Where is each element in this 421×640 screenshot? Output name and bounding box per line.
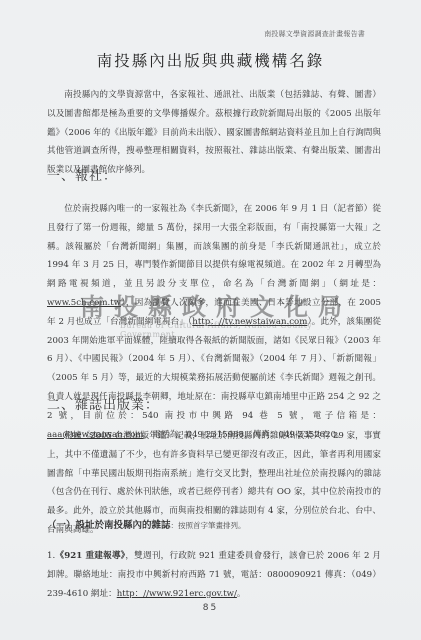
document-page: 南投縣文學資源調查計畫報告書 南投縣內出版與典藏機構名錄 南投縣內的文學資源當中… — [0, 0, 421, 640]
entry-number: 1. — [47, 551, 55, 561]
tv-website-link[interactable]: http：//tv.newstaiwan.com — [192, 317, 307, 327]
entry-name: 《921 重建報導》 — [55, 551, 125, 561]
text-run: 位於南投縣內唯一的一家報社為《李氏新聞》，在 2006 年 9 月 1 日（記者… — [47, 204, 381, 289]
entry-end: 。 — [237, 589, 246, 599]
page-title: 南投縣內出版與典藏機構名錄 — [0, 49, 421, 71]
section-heading-newspapers: 一、報社： — [47, 165, 117, 184]
section-heading-magazines: 二、雜誌出版業： — [47, 394, 159, 413]
magazine-entry: 1.《921 重建報導》，雙週刊，行政院 921 重建委員會發行，該會已於 20… — [47, 547, 381, 603]
running-header: 南投縣文學資源調查計畫報告書 — [264, 29, 365, 39]
page-number: 85 — [0, 603, 421, 613]
website-link[interactable]: www.5ch.com.tw — [47, 298, 121, 308]
entry-url-link[interactable]: http：//www.921erc.gov.tw/ — [117, 589, 237, 599]
subsection-heading: （一）設址於南投縣內的雜誌：按照首字筆畫排列。 — [47, 517, 381, 535]
subsection-label: （一）設址於南投縣內的雜誌 — [47, 520, 171, 531]
subsection-note: ：按照首字筆畫排列。 — [171, 521, 246, 530]
